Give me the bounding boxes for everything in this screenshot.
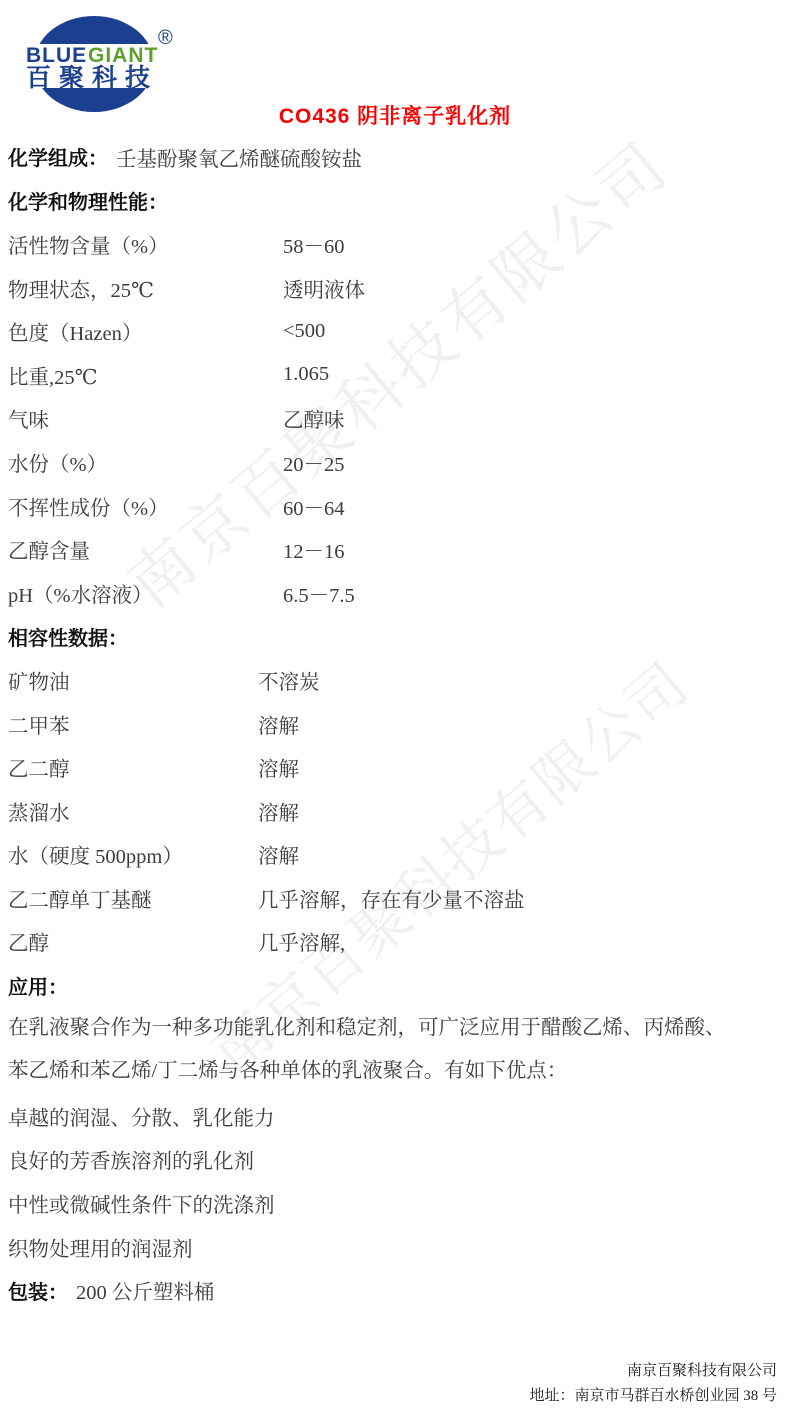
solubility-value: 几乎溶解，存在有少量不溶盐 bbox=[258, 883, 525, 913]
packaging-line: 包装： 200 公斤塑料桶 bbox=[8, 1268, 782, 1312]
solvent-label: 乙二醇单丁基醚 bbox=[8, 883, 258, 913]
property-value: 20－25 bbox=[283, 447, 345, 477]
footer-address: 地址：南京市马群百水桥创业园 38 号 bbox=[529, 1384, 777, 1409]
table-row: 色度（Hazen） <500 bbox=[8, 309, 782, 353]
property-label: 比重,25℃ bbox=[8, 360, 283, 390]
properties-table: 活性物含量（%） 58－60 物理状态，25℃ 透明液体 色度（Hazen） <… bbox=[8, 222, 782, 614]
property-label: 物理状态，25℃ bbox=[8, 273, 283, 303]
solubility-value: 溶解 bbox=[258, 752, 299, 782]
document-body: 化学组成： 壬基酚聚氧乙烯醚硫酸铵盐 化学和物理性能： 活性物含量（%） 58－… bbox=[8, 135, 782, 1312]
table-row: 乙二醇单丁基醚 几乎溶解，存在有少量不溶盐 bbox=[8, 876, 782, 920]
solvent-label: 乙二醇 bbox=[8, 752, 258, 782]
property-value: 乙醇味 bbox=[283, 403, 345, 433]
compatibility-heading: 相容性数据： bbox=[8, 615, 782, 659]
table-row: 物理状态，25℃ 透明液体 bbox=[8, 266, 782, 310]
logo-registered-icon: ® bbox=[158, 27, 173, 49]
solvent-label: 水（硬度 500ppm） bbox=[8, 839, 258, 869]
property-label: 水份（%） bbox=[8, 447, 283, 477]
document-page: 南京百聚科技有限公司 南京百聚科技有限公司 BLUE GIANT ® 百聚科技 … bbox=[0, 0, 790, 1417]
application-heading: 应用： bbox=[8, 963, 782, 1007]
table-row: 乙二醇 溶解 bbox=[8, 745, 782, 789]
property-value: 1.065 bbox=[283, 363, 329, 386]
blue-giant-logo: BLUE GIANT ® 百聚科技 bbox=[14, 8, 182, 112]
property-label: 活性物含量（%） bbox=[8, 229, 283, 259]
table-row: 不挥性成份（%） 60－64 bbox=[8, 484, 782, 528]
property-value: 60－64 bbox=[283, 491, 345, 521]
table-row: 水份（%） 20－25 bbox=[8, 440, 782, 484]
logo-brand-cn: 百聚科技 bbox=[26, 64, 158, 92]
packaging-label: 包装： bbox=[8, 1276, 68, 1305]
solvent-label: 矿物油 bbox=[8, 665, 258, 695]
composition-value: 壬基酚聚氧乙烯醚硫酸铵盐 bbox=[116, 142, 362, 172]
table-row: 乙醇含量 12－16 bbox=[8, 527, 782, 571]
table-row: 比重,25℃ 1.065 bbox=[8, 353, 782, 397]
table-row: 气味 乙醇味 bbox=[8, 397, 782, 441]
solubility-value: 不溶炭 bbox=[258, 665, 320, 695]
solubility-value: 几乎溶解, bbox=[258, 926, 345, 956]
table-row: 活性物含量（%） 58－60 bbox=[8, 222, 782, 266]
properties-heading: 化学和物理性能： bbox=[8, 179, 782, 223]
property-label: pH（%水溶液） bbox=[8, 578, 283, 608]
bullet-line: 卓越的润湿、分散、乳化能力 bbox=[8, 1094, 782, 1138]
footer-company: 南京百聚科技有限公司 bbox=[529, 1359, 777, 1384]
composition-label: 化学组成： bbox=[8, 142, 108, 171]
bullet-line: 织物处理用的润湿剂 bbox=[8, 1225, 782, 1269]
bullet-text: 良好的芳香族溶剂的乳化剂 bbox=[8, 1144, 254, 1174]
bullet-text: 中性或微碱性条件下的洗涤剂 bbox=[8, 1188, 275, 1218]
solubility-value: 溶解 bbox=[258, 839, 299, 869]
table-row: 二甲苯 溶解 bbox=[8, 702, 782, 746]
table-row: pH（%水溶液） 6.5－7.5 bbox=[8, 571, 782, 615]
bullet-line: 良好的芳香族溶剂的乳化剂 bbox=[8, 1138, 782, 1182]
application-bullets: 卓越的润湿、分散、乳化能力 良好的芳香族溶剂的乳化剂 中性或微碱性条件下的洗涤剂… bbox=[8, 1094, 782, 1268]
solubility-value: 溶解 bbox=[258, 709, 299, 739]
solvent-label: 乙醇 bbox=[8, 926, 258, 956]
solvent-label: 二甲苯 bbox=[8, 709, 258, 739]
table-row: 乙醇 几乎溶解, bbox=[8, 920, 782, 964]
bullet-text: 卓越的润湿、分散、乳化能力 bbox=[8, 1101, 275, 1131]
document-footer: 南京百聚科技有限公司 地址：南京市马群百水桥创业园 38 号 bbox=[529, 1359, 777, 1409]
bullet-text: 织物处理用的润湿剂 bbox=[8, 1232, 193, 1262]
property-value: 58－60 bbox=[283, 229, 345, 259]
property-value: 6.5－7.5 bbox=[283, 578, 355, 608]
compatibility-table: 矿物油 不溶炭 二甲苯 溶解 乙二醇 溶解 蒸溜水 溶解 bbox=[8, 658, 782, 963]
property-value: 12－16 bbox=[283, 534, 345, 564]
property-label: 色度（Hazen） bbox=[8, 316, 283, 346]
table-row: 矿物油 不溶炭 bbox=[8, 658, 782, 702]
application-paragraph: 在乳液聚合作为一种多功能乳化剂和稳定剂，可广泛应用于醋酸乙烯、丙烯酸、苯乙烯和苯… bbox=[8, 1007, 738, 1094]
packaging-value: 200 公斤塑料桶 bbox=[76, 1275, 214, 1305]
bullet-line: 中性或微碱性条件下的洗涤剂 bbox=[8, 1181, 782, 1225]
property-value: 透明液体 bbox=[283, 273, 365, 303]
table-row: 水（硬度 500ppm） 溶解 bbox=[8, 833, 782, 877]
solubility-value: 溶解 bbox=[258, 796, 299, 826]
solvent-label: 蒸溜水 bbox=[8, 796, 258, 826]
property-value: <500 bbox=[283, 320, 325, 343]
property-label: 乙醇含量 bbox=[8, 534, 283, 564]
composition-line: 化学组成： 壬基酚聚氧乙烯醚硫酸铵盐 bbox=[8, 135, 782, 179]
property-label: 气味 bbox=[8, 403, 283, 433]
table-row: 蒸溜水 溶解 bbox=[8, 789, 782, 833]
property-label: 不挥性成份（%） bbox=[8, 491, 283, 521]
